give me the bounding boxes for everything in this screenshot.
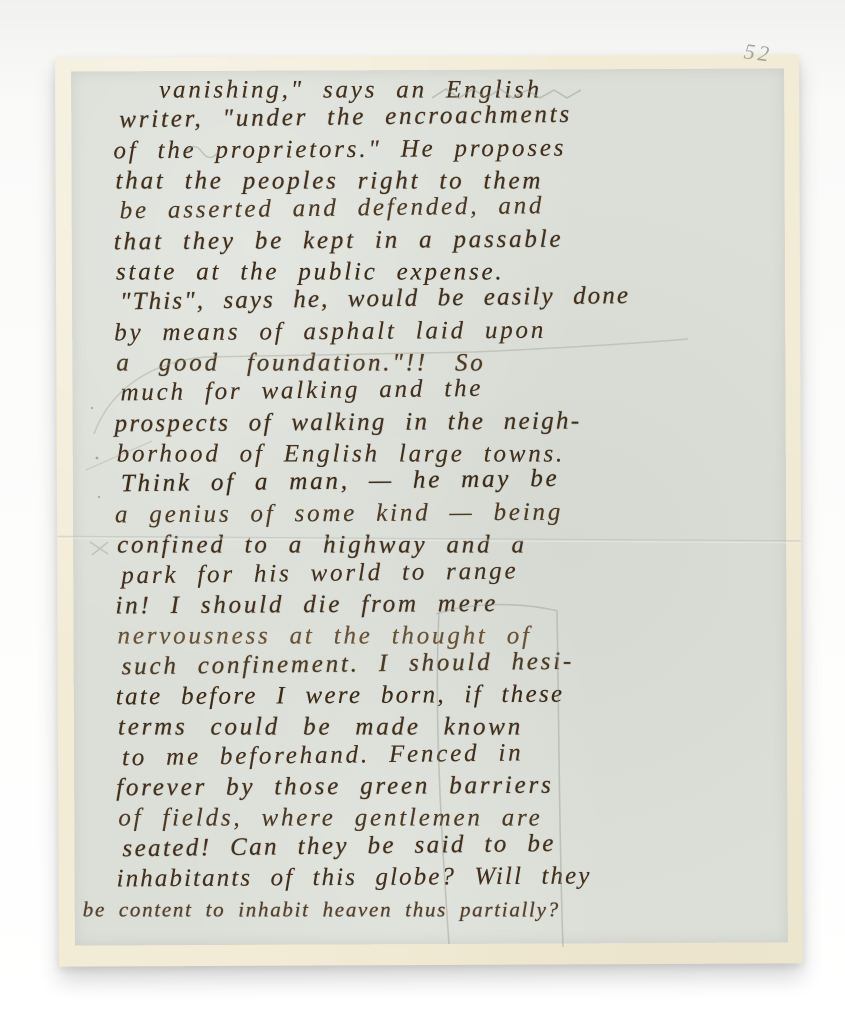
- manuscript-line: a genius of some kind — being: [115, 496, 775, 530]
- manuscript-line: tate before I were born, if these: [116, 678, 776, 712]
- manuscript-line: Think of a man, — he may be: [121, 462, 781, 500]
- manuscript-line: much for walking and the: [120, 371, 780, 409]
- manuscript-line: in! I should die from mere: [115, 587, 775, 621]
- manuscript-line: forever by those green barriers: [116, 769, 776, 803]
- manuscript-line: of the proprietors." He proposes: [113, 132, 773, 166]
- manuscript-line: be content to inhabit heaven thus partia…: [83, 895, 779, 925]
- page-number: 52: [743, 38, 774, 67]
- manuscript-line: inhabitants of this globe? Will they: [117, 860, 777, 894]
- manuscript-sheet: vanishing," says an Englishwriter, "unde…: [55, 54, 803, 966]
- manuscript-line: prospects of walking in the neigh-: [115, 405, 775, 439]
- manuscript-line: be asserted and defended, and: [120, 189, 780, 227]
- manuscript-line: "This", says he, would be easily done: [120, 280, 780, 318]
- manuscript-line: that they be kept in a passable: [114, 223, 774, 257]
- manuscript-line: writer, "under the encroachments: [119, 98, 779, 136]
- manuscript-line: by means of asphalt laid upon: [114, 314, 774, 348]
- handwritten-text: vanishing," says an Englishwriter, "unde…: [115, 72, 779, 924]
- photo-background: vanishing," says an Englishwriter, "unde…: [0, 0, 845, 1024]
